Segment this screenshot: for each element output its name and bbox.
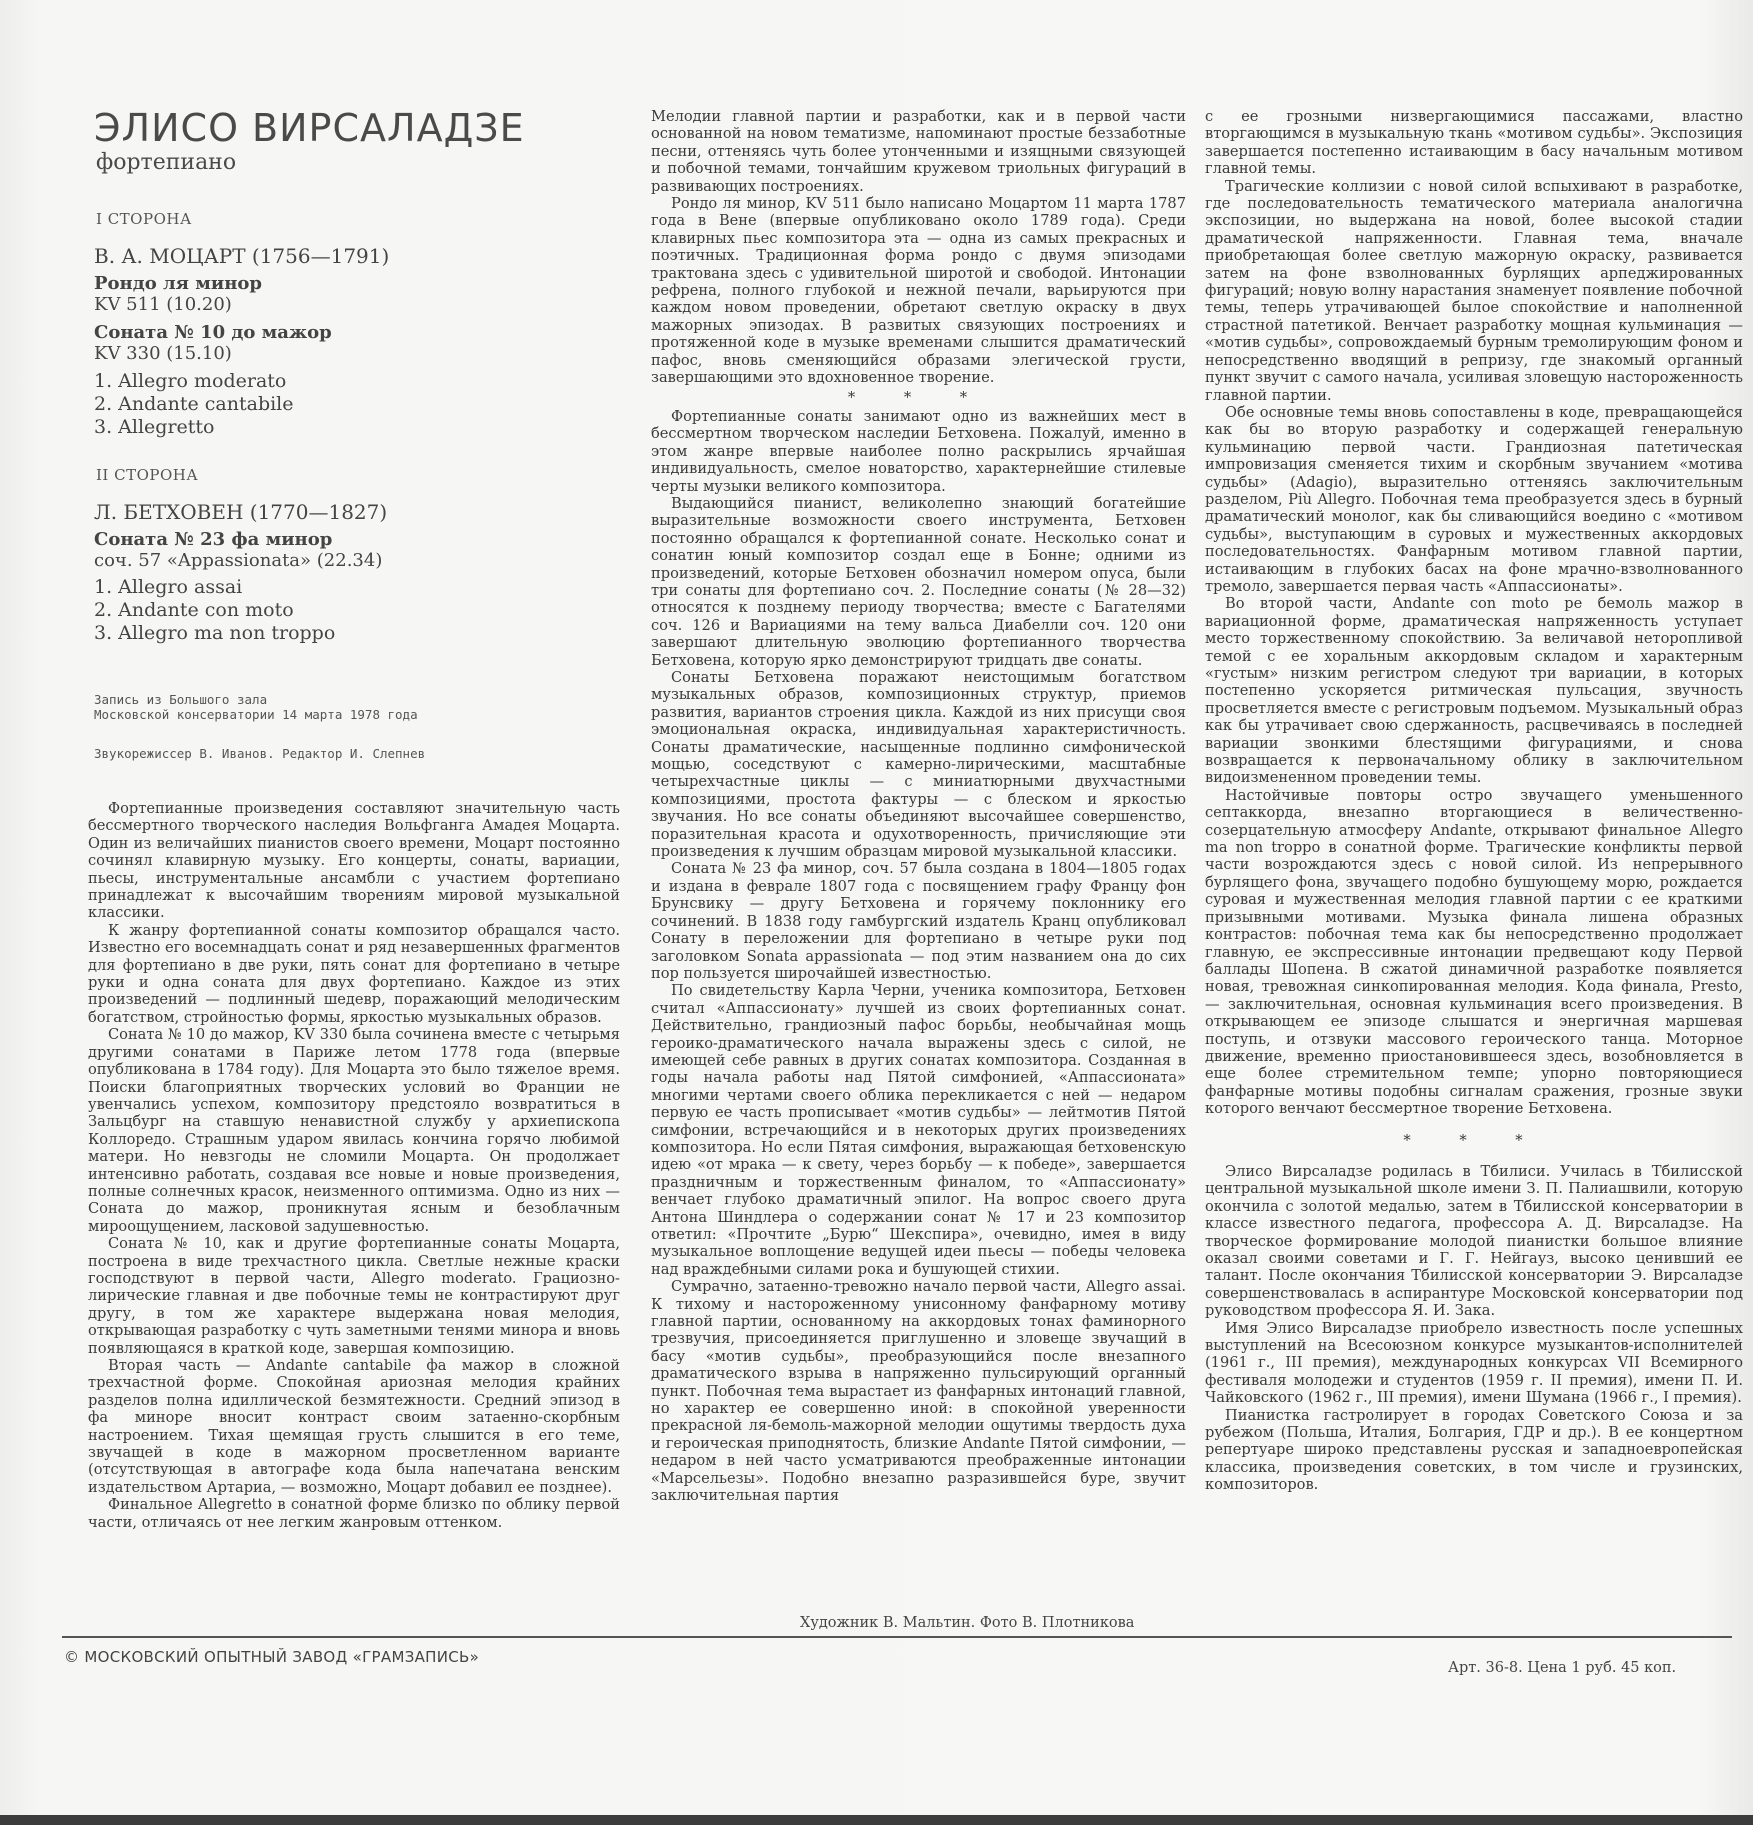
- paragraph: Пианистка гастролирует в городах Советск…: [1205, 1407, 1743, 1494]
- paragraph: К жанру фортепианной сонаты композитор о…: [88, 922, 620, 1026]
- work-title: Соната № 23 фа минор: [94, 529, 332, 550]
- recording-line: Московской консерватории 14 марта 1978 г…: [94, 707, 418, 722]
- movement: 1. Allegro assai: [94, 576, 242, 599]
- paragraph: Выдающийся пианист, великолепно знающий …: [651, 495, 1186, 669]
- movement: 2. Andante con moto: [94, 599, 294, 622]
- movement: 3. Allegretto: [94, 416, 215, 439]
- column-left: Фортепианные произведения составляют зна…: [88, 800, 620, 1531]
- composer-beethoven: Л. БЕТХОВЕН (1770—1827): [94, 500, 387, 524]
- column-right: с ее грозными низвергающимися пассажами,…: [1205, 108, 1743, 1494]
- paragraph: Финальное Allegretto в сонатной форме бл…: [88, 1496, 620, 1531]
- work-title: Рондо ля минор: [94, 273, 262, 294]
- movement: 3. Allegro ma non troppo: [94, 622, 335, 645]
- work-catalog: KV 330 (15.10): [94, 343, 232, 364]
- paragraph: Сумрачно, затаенно-тревожно начало перво…: [651, 1278, 1186, 1504]
- album-back-cover: ЭЛИСО ВИРСАЛАДЗЕ фортепиано I СТОРОНА В.…: [0, 0, 1753, 1825]
- paragraph: Настойчивые повторы остро звучащего умен…: [1205, 787, 1743, 1118]
- scan-edge: [0, 1815, 1753, 1825]
- paragraph: Во второй части, Andante con moto ре бем…: [1205, 595, 1743, 786]
- column-middle: Мелодии главной партии и разработки, как…: [651, 108, 1186, 1505]
- paragraph: Соната № 10, как и другие фортепианные с…: [88, 1235, 620, 1357]
- paragraph: Соната № 23 фа минор, соч. 57 была созда…: [651, 860, 1186, 982]
- paragraph: Обе основные темы вновь сопоставлены в к…: [1205, 404, 1743, 595]
- side-one-label: I СТОРОНА: [96, 210, 192, 228]
- recording-venue: Запись из Большого зала Московской консе…: [94, 692, 418, 722]
- section-separator: * * *: [651, 389, 1186, 406]
- paragraph: Рондо ля минор, KV 511 было написано Моц…: [651, 195, 1186, 386]
- work-catalog: KV 511 (10.20): [94, 294, 232, 315]
- work-catalog: соч. 57 «Appassionata» (22.34): [94, 550, 382, 571]
- staff-credits: Звукорежиссер В. Иванов. Редактор И. Сле…: [94, 746, 425, 761]
- paragraph: Фортепианные сонаты занимают одно из важ…: [651, 408, 1186, 495]
- publisher-label: © МОСКОВСКИЙ ОПЫТНЫЙ ЗАВОД «ГРАМЗАПИСЬ»: [64, 1648, 479, 1666]
- side-two-label: II СТОРОНА: [96, 466, 198, 484]
- price-label: Арт. 36-8. Цена 1 руб. 45 коп.: [1448, 1660, 1676, 1676]
- artist-name: ЭЛИСО ВИРСАЛАДЗЕ: [94, 106, 525, 150]
- movement: 1. Allegro moderato: [94, 370, 286, 393]
- movement: 2. Andante cantabile: [94, 393, 294, 416]
- paragraph: Вторая часть — Andante cantabile фа мажо…: [88, 1357, 620, 1496]
- work-title: Соната № 10 до мажор: [94, 322, 332, 343]
- section-separator: * * *: [1205, 1132, 1743, 1149]
- paragraph: с ее грозными низвергающимися пассажами,…: [1205, 108, 1743, 178]
- paragraph: Фортепианные произведения составляют зна…: [88, 800, 620, 922]
- paragraph: Элисо Вирсаладзе родилась в Тбилиси. Учи…: [1205, 1163, 1743, 1320]
- composer-mozart: В. А. МОЦАРТ (1756—1791): [94, 244, 389, 268]
- divider-line: [62, 1636, 1732, 1638]
- paragraph: По свидетельству Карла Черни, ученика ко…: [651, 982, 1186, 1278]
- recording-line: Запись из Большого зала: [94, 692, 418, 707]
- artist-credits: Художник В. Мальтин. Фото В. Плотникова: [800, 1615, 1134, 1631]
- instrument-label: фортепиано: [96, 150, 236, 175]
- paragraph: Трагические коллизии с новой силой вспых…: [1205, 178, 1743, 404]
- paragraph: Соната № 10 до мажор, KV 330 была сочине…: [88, 1026, 620, 1235]
- paragraph: Имя Элисо Вирсаладзе приобрело известнос…: [1205, 1320, 1743, 1407]
- paragraph: Мелодии главной партии и разработки, как…: [651, 108, 1186, 195]
- paragraph: Сонаты Бетховена поражают неистощимым бо…: [651, 669, 1186, 860]
